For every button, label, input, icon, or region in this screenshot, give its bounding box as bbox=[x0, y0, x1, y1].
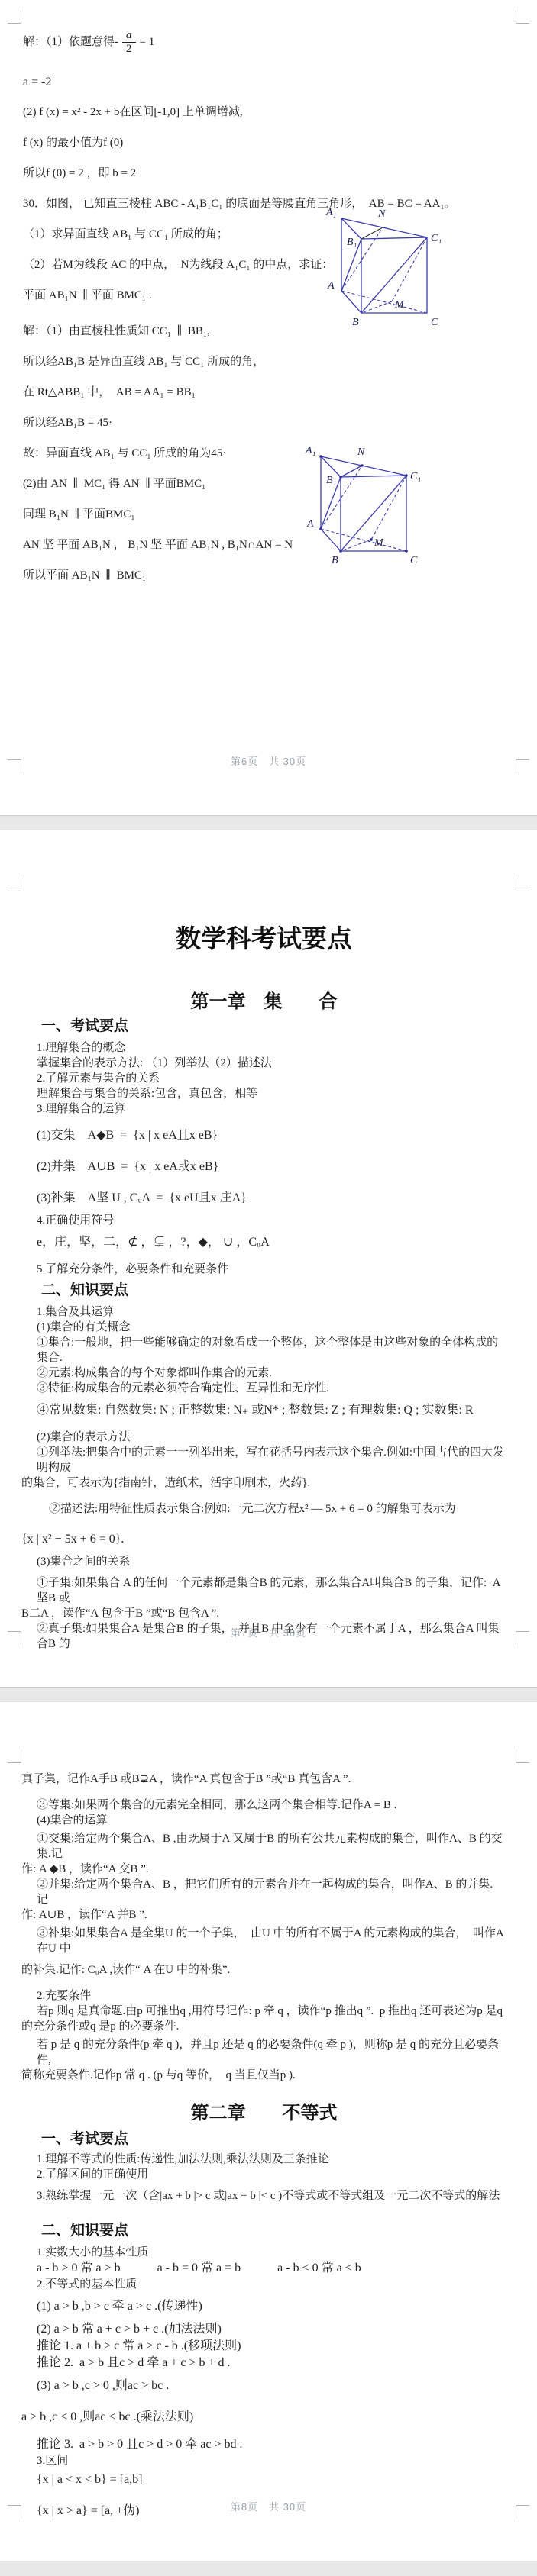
vertex-label-b: B bbox=[352, 317, 359, 328]
section-heading: 二、知识要点 bbox=[21, 1283, 506, 1298]
page-footer: 第8页 共 30页 bbox=[0, 2499, 537, 2513]
vertex-label-b1: B₁ bbox=[347, 237, 357, 248]
page-footer: 第7页 共 30页 bbox=[0, 1625, 537, 1639]
text-line: 作: A ◆B ，读作“A 交B ”. bbox=[21, 1862, 506, 1877]
page-separator bbox=[0, 815, 537, 830]
chapter-heading: 第二章 不等式 bbox=[21, 2103, 506, 2124]
vertex-label-m: M bbox=[374, 537, 384, 549]
text-line: 1.集合及其运算 bbox=[21, 1304, 506, 1320]
text-line: (2)集合的表示方法 bbox=[21, 1430, 506, 1445]
text-line: (2)由 AN ∥ MC₁ 得 AN ∥ 平面BMC₁ bbox=[23, 476, 506, 492]
page-footer: 第6页 共 30页 bbox=[0, 753, 537, 768]
text-line: ②元素:构成集合的每个对象都叫作集合的元素. bbox=[21, 1365, 506, 1381]
text-line: 2.了解区间的正确使用 bbox=[21, 2167, 506, 2182]
vertex-label-c: C bbox=[431, 317, 438, 328]
page-7: 数学科考试要点第一章 集 合一、考试要点1.理解集合的概念掌握集合的表示方法: … bbox=[0, 830, 537, 1687]
margin-mark-top-right bbox=[516, 878, 529, 891]
text-line: ①集合:一般地，把一些能够确定的对象看成一个整体，这个整体是由这些对象的全体构成… bbox=[21, 1335, 506, 1365]
text-line: ④常见数集: 自然数集: N ; 正整数集: N₊ 或N* ; 整数集: Z ;… bbox=[21, 1402, 506, 1419]
text-line: ③等集:如果两个集合的元素完全相同，那么这两个集合相等.记作A = B . bbox=[21, 1797, 506, 1813]
text-line: ②并集:给定两个集合A、B ，把它们所有的元素合并在一起构成的集合，叫作A、B … bbox=[21, 1877, 506, 1907]
frac-prefix: 解：（1）依题意得- bbox=[23, 34, 118, 50]
vertex-label-a: A bbox=[327, 280, 335, 292]
text-line: 1.理解集合的概念 bbox=[21, 1040, 506, 1056]
vertex-label-m: M bbox=[394, 299, 405, 311]
text-line: a = -2 bbox=[23, 74, 506, 90]
text-line: ③特征:构成集合的元素必须符合确定性、互异性和无序性. bbox=[21, 1381, 506, 1396]
text-line: 5.了解充分条件，必要条件和充要条件 bbox=[21, 1262, 506, 1277]
text-line: (2) a > b 常 a + c > b + c .(加法法则) bbox=[21, 2321, 506, 2338]
text-line: 若p 则q 是真命题.由p 可推出q ,用符号记作: p 牵 q ，读作“p 推… bbox=[21, 2004, 506, 2019]
text-line: 的补集.记作: CᵤA ,读作“ A 在U 中的补集”. bbox=[21, 1962, 506, 1978]
text-line: (1) a > b ,b > c 牵 a > c .(传递性) bbox=[21, 2298, 506, 2315]
text-line: 3.熟练掌握一元一次（含|ax + b |> c 或|ax + b |< c )… bbox=[21, 2188, 506, 2204]
text-line: 所以平面 AB₁N ∥ BMC₁ bbox=[23, 568, 506, 584]
vertex-label-b: B bbox=[332, 555, 338, 566]
text-line: 作: A∪B ，读作“A 并B ”. bbox=[21, 1907, 506, 1923]
page-6: 解：（1）依题意得-a2= 1a = -2(2) f (x) = x² - 2x… bbox=[0, 0, 537, 815]
text-line: a - b > 0 常 a > b a - b = 0 常 a = b a - … bbox=[21, 2260, 506, 2277]
text-line: f (x) 的最小值为f (0) bbox=[23, 135, 506, 151]
text-line: 所以经AB₁B 是异面直线 AB₁ 与 CC₁ 所成的角， bbox=[23, 354, 506, 370]
text-line: a > b ,c < 0 ,则ac < bc .(乘法法则) bbox=[21, 2409, 506, 2426]
chapter-heading: 第一章 集 合 bbox=[21, 991, 506, 1013]
text-line: 2.不等式的基本性质 bbox=[21, 2277, 506, 2292]
text-line: AN 坚 平面 AB₁N ， B₁N 坚 平面 AB₁N , B₁N∩AN = … bbox=[23, 537, 506, 553]
text-line: 4.正确使用符号 bbox=[21, 1213, 506, 1228]
margin-mark-top-left bbox=[8, 878, 21, 891]
text-line: {x | x² − 5x + 6 = 0}. bbox=[21, 1531, 506, 1548]
vertex-label-a1: A₁ bbox=[325, 207, 336, 218]
frac-denominator: 2 bbox=[122, 43, 136, 56]
frac-suffix: = 1 bbox=[140, 34, 155, 50]
vertex-label-c: C bbox=[410, 555, 418, 566]
document-viewer: 解：（1）依题意得-a2= 1a = -2(2) f (x) = x² - 2x… bbox=[0, 0, 537, 2576]
text-line: 理解集合与集合的关系:包含，真包含，相等 bbox=[21, 1086, 506, 1101]
prism-diagram-2: A₁ N B₁ C₁ A M B C bbox=[304, 443, 434, 566]
section-heading: 一、考试要点 bbox=[21, 2132, 506, 2147]
text-line: 3.区间 bbox=[21, 2453, 506, 2468]
text-line: ①交集:给定两个集合A、B ,由既属于A 又属于B 的所有公共元素构成的集合，叫… bbox=[21, 1831, 506, 1862]
text-line: 简称充要条件.记作p 常 q . (p 与q 等价， q 当且仅当p ). bbox=[21, 2068, 506, 2083]
doc-title: 数学科考试要点 bbox=[21, 924, 506, 955]
text-line: 若 p 是 q 的充分条件(p 牵 q )，并且p 还是 q 的必要条件(q 牵… bbox=[21, 2037, 506, 2068]
section-heading: 二、知识要点 bbox=[21, 2223, 506, 2239]
solution-step: 解：（1）依题意得-a2= 1 bbox=[23, 24, 506, 60]
text-line: ①列举法:把集合中的元素一一列举出来，写在花括号内表示这个集合.例如:中国古代的… bbox=[21, 1445, 506, 1475]
vertex-label-b1: B₁ bbox=[326, 475, 336, 486]
text-line: 掌握集合的表示方法: （1）列举法（2）描述法 bbox=[21, 1056, 506, 1071]
text-line: 所以f (0) = 2 ，即 b = 2 bbox=[23, 166, 506, 182]
text-line: 1.实数大小的基本性质 bbox=[21, 2245, 506, 2260]
vertex-label-a1: A₁ bbox=[305, 445, 315, 456]
prism-diagram-1: A₁ N B₁ C₁ A M B C bbox=[325, 205, 455, 328]
vertex-label-c1: C₁ bbox=[410, 471, 421, 482]
text-line: 推论 2. a > b 且c > d 牵 a + c > b + d . bbox=[21, 2355, 506, 2371]
text-line: 在 Rt△ABB₁ 中， AB = AA₁ = BB₁ bbox=[23, 385, 506, 401]
text-line: 推论 3. a > b > 0 且c > d > 0 牵 ac > bd . bbox=[21, 2436, 506, 2453]
page-8-body: 真子集，记作A手B 或B⊋A ，读作“A 真包含于B ”或“B 真包含A ”.③… bbox=[0, 1702, 537, 2520]
text-line: 的集合，可表示为{指南针，造纸术，活字印刷术，火药}. bbox=[21, 1475, 506, 1491]
page-6-body: 解：（1）依题意得-a2= 1a = -2(2) f (x) = x² - 2x… bbox=[0, 0, 537, 584]
text-line: 所以经AB₁B = 45· bbox=[23, 415, 506, 431]
text-line: (3)集合之间的关系 bbox=[21, 1554, 506, 1569]
vertex-label-c1: C₁ bbox=[431, 233, 442, 244]
text-line: ①子集:如果集合 A 的任何一个元素都是集合B 的元素，那么集合A叫集合B 的子… bbox=[21, 1575, 506, 1606]
text-line: 的充分条件或q 是p 的必要条件. bbox=[21, 2019, 506, 2034]
text-line: (3) a > b ,c > 0 ,则ac > bc . bbox=[21, 2378, 506, 2394]
vertex-label-n: N bbox=[357, 447, 365, 458]
text-line: 2.了解元素与集合的关系 bbox=[21, 1071, 506, 1086]
text-line: 同理 B₁N ∥ 平面BMC₁ bbox=[23, 507, 506, 523]
text-line: (1)集合的有关概念 bbox=[21, 1320, 506, 1335]
text-line: 3.理解集合的运算 bbox=[21, 1101, 506, 1117]
section-heading: 一、考试要点 bbox=[21, 1019, 506, 1034]
text-line: (1)交集 A◆B = {x | x eA且x eB} bbox=[21, 1127, 506, 1144]
fraction: a2 bbox=[122, 29, 136, 56]
text-line: e，庄，坚，二，⊄ ，⊊ ，?，◆， ∪ ，CᵤA bbox=[21, 1234, 506, 1251]
text-line: 2.充要条件 bbox=[21, 1988, 506, 2004]
text-line: 1.理解不等式的性质:传递性,加法法则,乘法法则及三条推论 bbox=[21, 2152, 506, 2167]
page-separator bbox=[0, 1687, 537, 1702]
page-7-body: 数学科考试要点第一章 集 合一、考试要点1.理解集合的概念掌握集合的表示方法: … bbox=[0, 924, 537, 1652]
text-line: (2)并集 A∪B = {x | x eA或x eB} bbox=[21, 1159, 506, 1175]
text-line: (4)集合的运算 bbox=[21, 1813, 506, 1828]
text-line: B二A ，读作“A 包含于B ”或“B 包含A ”. bbox=[21, 1606, 506, 1621]
text-line: {x | a < x < b} = [a,b] bbox=[21, 2471, 506, 2488]
vertex-label-a: A bbox=[306, 518, 314, 530]
text-line: 推论 1. a + b > c 常 a > c - b .(移项法则) bbox=[21, 2338, 506, 2355]
vertex-label-n: N bbox=[377, 208, 386, 220]
page-separator bbox=[0, 2561, 537, 2576]
frac-numerator: a bbox=[122, 29, 136, 43]
text-line: (3)补集 A坚 U , CᵤA = {x eU且x 庄A} bbox=[21, 1190, 506, 1207]
text-line: ③补集:如果集合A 是全集U 的一个子集， 由U 中的所有不属于A 的元素构成的… bbox=[21, 1926, 506, 1956]
text-line: 真子集，记作A手B 或B⊋A ，读作“A 真包含于B ”或“B 真包含A ”. bbox=[21, 1772, 506, 1787]
text-line: ②描述法:用特征性质表示集合:例如:一元二次方程x² — 5x + 6 = 0 … bbox=[21, 1501, 506, 1517]
page-8: 真子集，记作A手B 或B⊋A ，读作“A 真包含于B ”或“B 真包含A ”.③… bbox=[0, 1702, 537, 2561]
text-line: (2) f (x) = x² - 2x + b在区间[-1,0] 上单调增减, bbox=[23, 105, 506, 121]
text-line: 故：异面直线 AB₁ 与 CC₁ 所成的角为45· bbox=[23, 446, 506, 462]
